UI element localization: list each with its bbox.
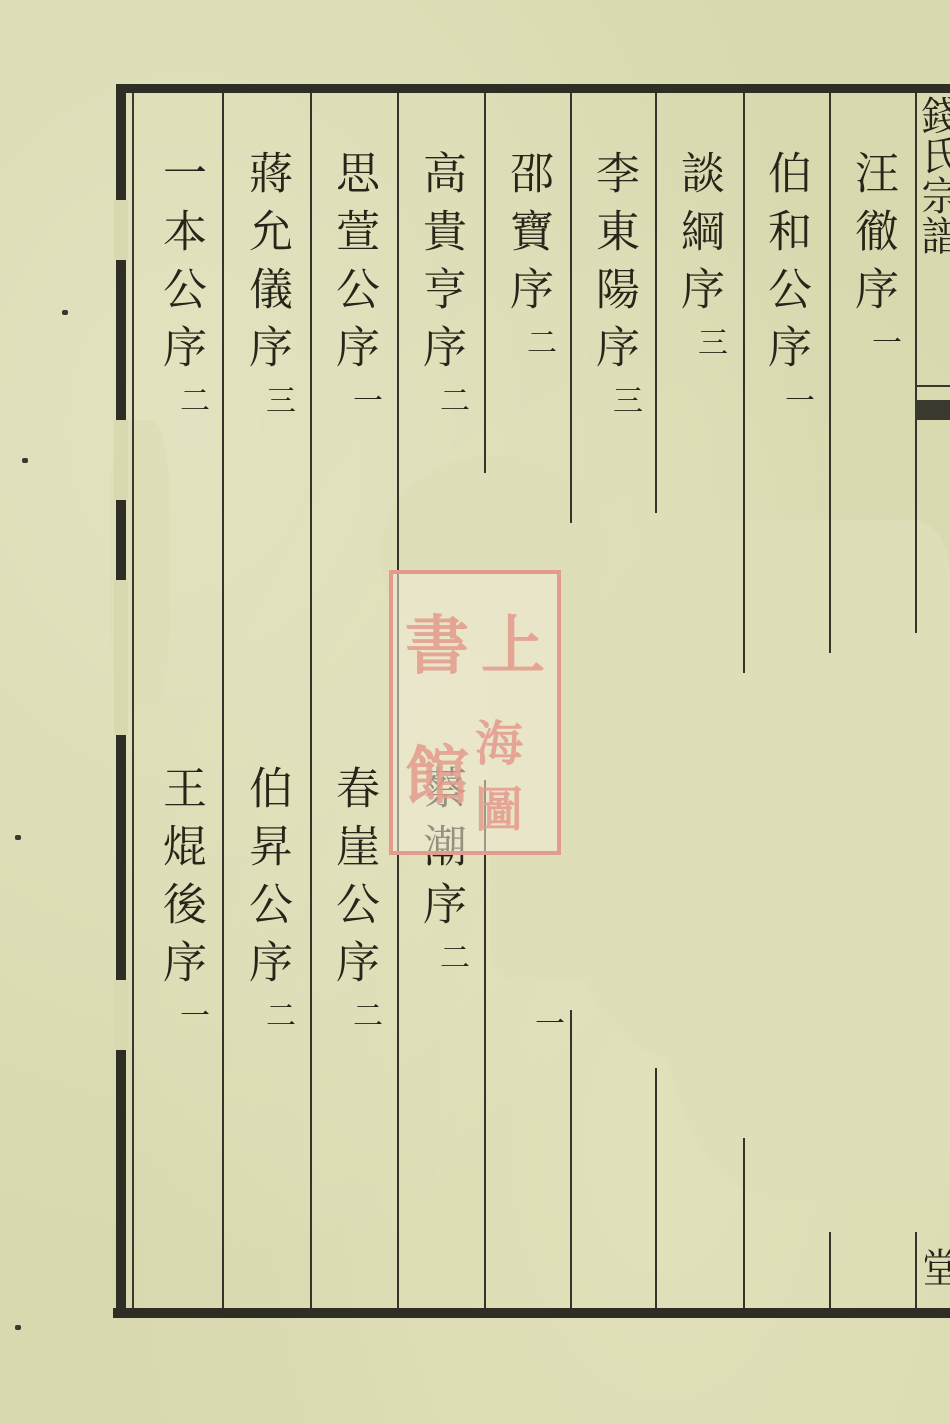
entry-volume: 二 bbox=[266, 997, 296, 1037]
banxin-bottom: 堂 bbox=[925, 1240, 950, 1298]
toc-entry-fragment: 一 bbox=[520, 1005, 580, 1045]
entry-title: 高貴亨序 bbox=[411, 150, 469, 382]
entry-volume: 一 bbox=[180, 997, 210, 1037]
entry-volume: 二 bbox=[353, 997, 383, 1037]
binding-mark bbox=[15, 835, 21, 840]
frame-gap bbox=[114, 200, 128, 260]
toc-entry: 春崖公序 二 bbox=[323, 765, 383, 1037]
entry-volume: 一 bbox=[872, 324, 902, 364]
entry-title: 思萱公序 bbox=[324, 150, 382, 382]
entry-title: 談綱序 bbox=[669, 150, 727, 324]
toc-entry: 伯和公序 一 bbox=[755, 150, 815, 422]
entry-volume: 二 bbox=[527, 324, 557, 364]
seal-char: 海圖 bbox=[475, 711, 551, 843]
entry-volume: 二 bbox=[440, 939, 470, 979]
toc-entry: 李東陽序 三 bbox=[583, 150, 643, 422]
entry-title: 一本公序 bbox=[151, 150, 209, 382]
frame-gap bbox=[114, 980, 128, 1050]
banxin-title: 錢氏宗譜 bbox=[918, 95, 950, 255]
column-rule bbox=[829, 93, 831, 653]
entry-title: 伯昇公序 bbox=[237, 765, 295, 997]
column-rule bbox=[743, 1138, 745, 1308]
seal-char: 上 bbox=[475, 582, 551, 711]
column-rule bbox=[743, 93, 745, 673]
library-seal: 書 上 館 海圖 bbox=[389, 570, 561, 855]
column-rule bbox=[484, 93, 486, 473]
entry-volume: 三 bbox=[613, 382, 643, 422]
toc-entry: 王焜後序 一 bbox=[150, 765, 210, 1037]
toc-entry: 一本公序 二 bbox=[150, 150, 210, 422]
entry-volume: 一 bbox=[785, 382, 815, 422]
toc-entry: 汪徹序 一 bbox=[842, 150, 902, 364]
banxin-title-text: 錢氏宗譜 bbox=[918, 95, 950, 255]
toc-entry: 蔣允儀序 三 bbox=[236, 150, 296, 422]
seal-char: 書 bbox=[399, 582, 475, 711]
entry-volume: 二 bbox=[440, 382, 470, 422]
column-rule bbox=[570, 1010, 572, 1308]
inner-left-rule bbox=[132, 93, 134, 1308]
toc-entry: 談綱序 三 bbox=[668, 150, 728, 364]
column-rule bbox=[655, 1068, 657, 1308]
binding-mark bbox=[62, 310, 68, 315]
damaged-area bbox=[660, 640, 950, 1200]
toc-entry: 伯昇公序 二 bbox=[236, 765, 296, 1037]
frame-gap bbox=[114, 580, 128, 735]
frame-top-border bbox=[120, 84, 950, 93]
banxin-divider bbox=[915, 385, 950, 387]
column-rule bbox=[222, 93, 224, 1308]
entry-volume: 二 bbox=[180, 382, 210, 422]
column-rule bbox=[655, 93, 657, 513]
entry-volume: 一 bbox=[353, 382, 383, 422]
entry-title: 邵寶序 bbox=[498, 150, 556, 324]
toc-entry: 思萱公序 一 bbox=[323, 150, 383, 422]
column-rule bbox=[915, 93, 917, 633]
entry-volume: 一 bbox=[535, 1005, 565, 1045]
frame-gap bbox=[114, 420, 128, 500]
entry-title: 王焜後序 bbox=[151, 765, 209, 997]
entry-title: 蔣允儀序 bbox=[237, 150, 295, 382]
frame-bottom-border bbox=[113, 1308, 950, 1318]
toc-entry: 邵寶序 二 bbox=[497, 150, 557, 364]
entry-title: 李東陽序 bbox=[584, 150, 642, 382]
entry-title: 春崖公序 bbox=[324, 765, 382, 997]
column-rule bbox=[829, 1232, 831, 1308]
entry-volume: 三 bbox=[698, 324, 728, 364]
entry-volume: 三 bbox=[266, 382, 296, 422]
binding-mark bbox=[22, 458, 28, 463]
column-rule bbox=[310, 93, 312, 1308]
column-rule bbox=[484, 780, 486, 1308]
banxin-bottom-text: 堂 bbox=[925, 1240, 950, 1298]
column-rule bbox=[915, 1232, 917, 1308]
banxin-fishtail bbox=[915, 400, 950, 420]
binding-mark bbox=[15, 1325, 21, 1330]
seal-char: 館 bbox=[399, 711, 475, 843]
entry-title: 汪徹序 bbox=[843, 150, 901, 324]
entry-title: 伯和公序 bbox=[756, 150, 814, 382]
column-rule bbox=[570, 93, 572, 523]
toc-entry: 高貴亨序 二 bbox=[410, 150, 470, 422]
